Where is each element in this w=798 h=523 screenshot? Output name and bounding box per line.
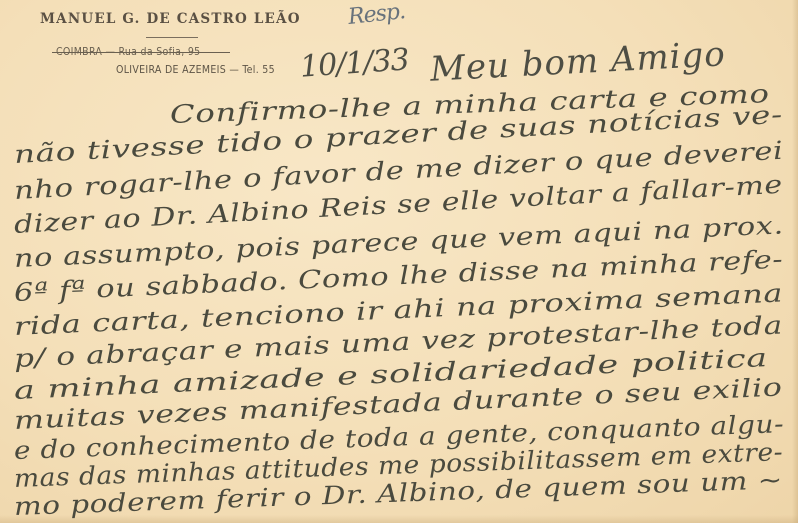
letterhead-address-struck: COIMBRA — Rua da Sofia, 95 [56,46,200,58]
letterhead-divider [146,37,198,38]
letterhead-name: MANUEL G. DE CASTRO LEÃO [40,11,301,27]
reply-annotation: Resp. [347,0,406,30]
postcard-letter: MANUEL G. DE CASTRO LEÃO COIMBRA — Rua d… [0,0,798,523]
letterhead-address-current: OLIVEIRA DE AZEMEIS — Tel. 55 [116,64,275,76]
letter-date: 10/1/33 [299,42,410,84]
strikethrough-line [52,52,230,53]
